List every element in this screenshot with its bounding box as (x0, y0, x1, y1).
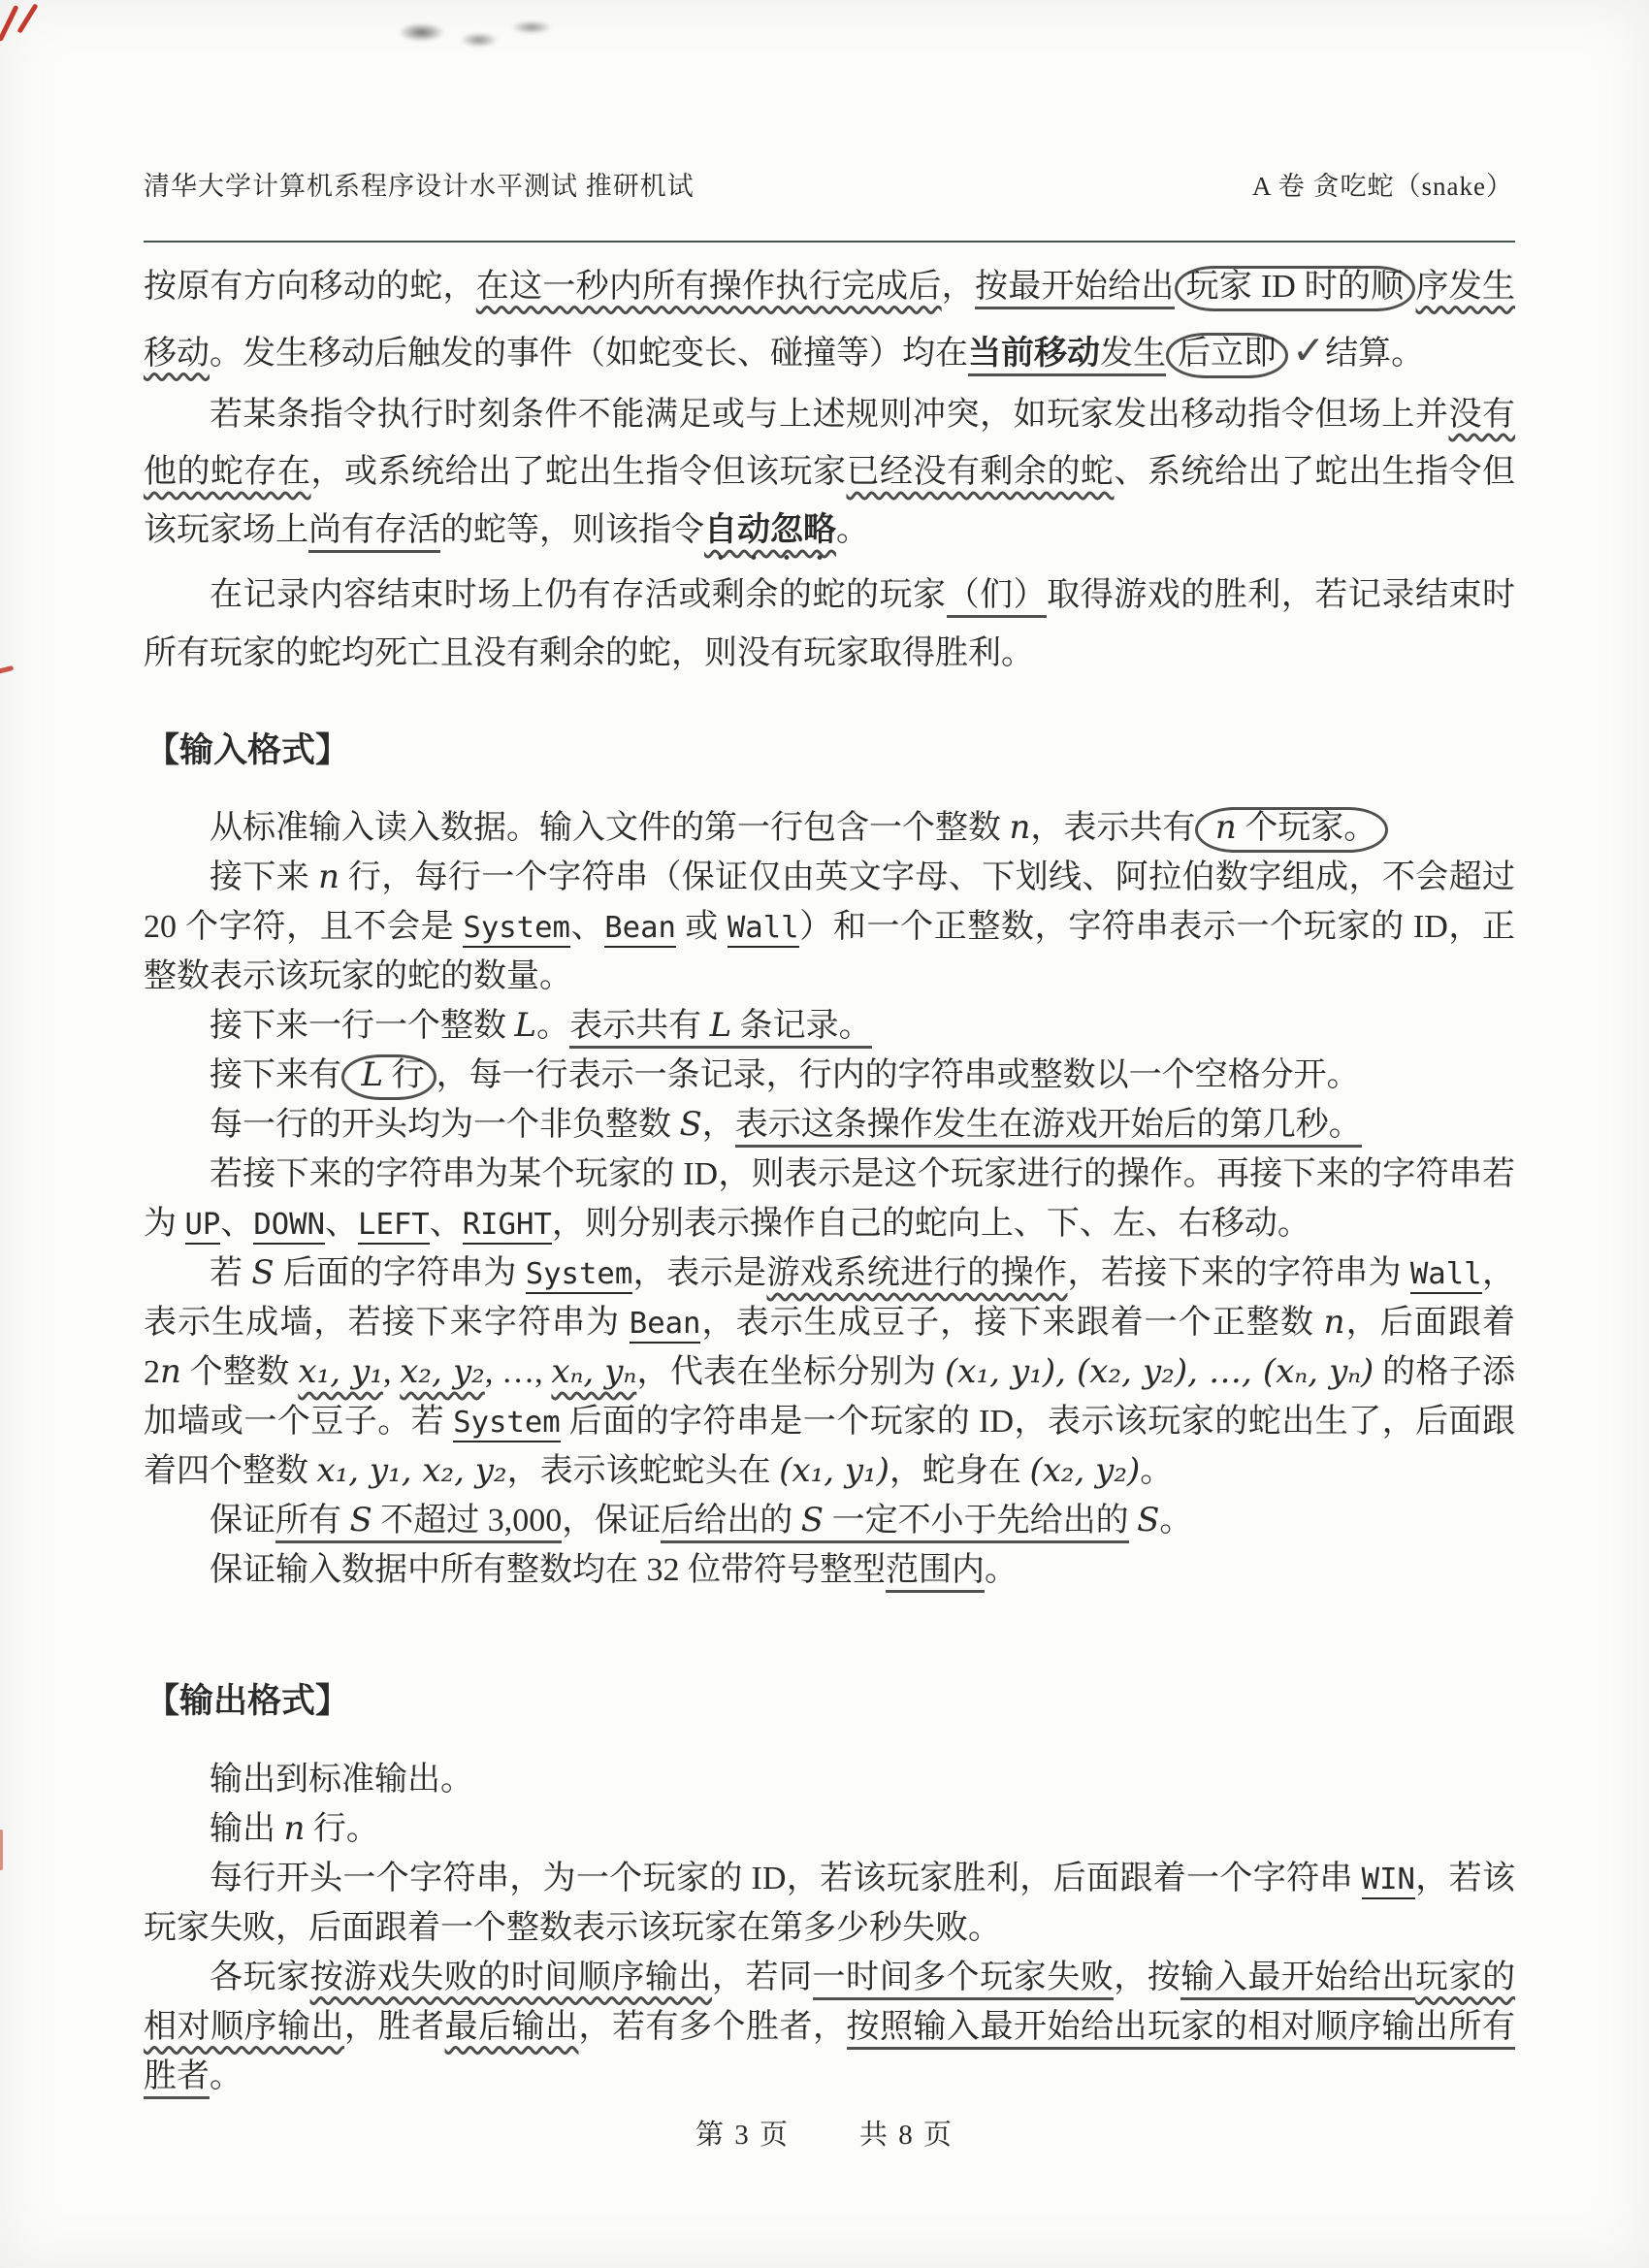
header-rule (144, 241, 1515, 243)
footer-total-pages: 共 8 页 (859, 2120, 954, 2151)
math-variable: L (515, 1006, 537, 1045)
hand-underline-annotation: 表示这条操作发生在游戏开始后的第几秒。 (735, 1107, 1362, 1148)
bold-emphasis: 当前移动 (968, 335, 1100, 376)
code-token: System (453, 1406, 561, 1442)
hand-circle-annotation: 玩家 ID 时的顺 (1175, 266, 1416, 311)
check-mark: ✓ (1292, 327, 1325, 373)
math-variable: (x₂, y₂) (1029, 1451, 1140, 1490)
hand-underline-annotation: 按最开始给出 (975, 269, 1175, 309)
page-header: 清华大学计算机系程序设计水平测试 推研机试 A 卷 贪吃蛇（snake） (144, 165, 1513, 203)
code-token: DOWN (253, 1208, 325, 1245)
math-variable: L (710, 1006, 732, 1045)
paragraph: 保证输入数据中所有整数均在 32 位带符号整型范围内。 (144, 1545, 1515, 1595)
hand-wavy-underline: 在这一秒内所有操作执行完成后 (476, 269, 942, 305)
hand-wavy-underline: 游戏系统进行的操作 (766, 1255, 1067, 1291)
paragraph: 接下来 n 行，每行一个字符串（保证仅由英文字母、下划线、阿拉伯数字组成，不会超… (144, 853, 1515, 1001)
math-variable: S (251, 1253, 274, 1292)
page-footer: 第 3 页共 8 页 (0, 2113, 1649, 2153)
scan-smudge (383, 10, 558, 60)
header-right-title: A 卷 贪吃蛇（snake） (1252, 165, 1513, 203)
math-variable: x₂, y₂ (400, 1352, 485, 1391)
document-body: 按原有方向移动的蛇，在这一秒内所有操作执行完成后，按最开始给出玩家 ID 时的顺… (144, 258, 1515, 2101)
paragraph: 按原有方向移动的蛇，在这一秒内所有操作执行完成后，按最开始给出玩家 ID 时的顺… (144, 258, 1515, 386)
hand-circle-annotation: 后立即 (1166, 333, 1288, 378)
hand-wavy-underline: 没有他的蛇存在 (144, 397, 1515, 491)
hand-underline-annotation: 发生 (1100, 336, 1166, 376)
math-variable: (x₁, y₁) (779, 1451, 889, 1490)
paragraph: 接下来一行一个整数 L。表示共有 L 条记录。 (144, 1001, 1515, 1051)
paragraph: 从标准输入读入数据。输入文件的第一行包含一个整数 n，表示共有 n 个玩家。 (144, 803, 1515, 853)
math-variable: n (1324, 1303, 1345, 1342)
red-pen-mark (0, 5, 19, 42)
hand-underline-annotation: 按照输入最开始给出玩家的相对顺序输出所有胜者 (144, 2009, 1515, 2099)
math-variable: S (801, 1501, 824, 1539)
section-heading: 【输入格式】 (145, 726, 1515, 777)
code-token: Wall (1410, 1257, 1482, 1294)
bold-emphasis: 自动忽略 (704, 511, 836, 548)
math-variable: S (680, 1105, 702, 1144)
hand-underline-annotation: 输入最开始给出 (1180, 1960, 1415, 2000)
math-variable: xₙ, yₙ (551, 1352, 636, 1391)
math-variable: S (350, 1501, 372, 1539)
math-variable: x₁, y₁ (298, 1352, 383, 1391)
math-variable: n (1010, 808, 1031, 847)
hand-wavy-underline: 按游戏失败的时间顺序输出 (310, 1960, 712, 1995)
math-variable: (x₁, y₁), (x₂, y₂), …, (xₙ, yₙ) (945, 1352, 1374, 1391)
hand-underline-annotation: 后给出的 S 一定不小于先给出的 (661, 1503, 1128, 1543)
hand-wavy-underline: 最后输出 (445, 2009, 579, 2045)
hand-underline-annotation: 尚有存活 (308, 512, 440, 553)
code-token: Wall (727, 911, 799, 948)
red-pen-mark (0, 665, 14, 674)
math-variable: x₁, y₁, x₂, y₂ (317, 1451, 507, 1490)
math-variable: S (1137, 1501, 1159, 1539)
paragraph: 输出到标准输出。 (144, 1755, 1515, 1804)
scanned-document-page: 清华大学计算机系程序设计水平测试 推研机试 A 卷 贪吃蛇（snake） 按原有… (0, 0, 1649, 2268)
code-token: UP (185, 1208, 221, 1245)
paragraph: 在记录内容结束时场上仍有存活或剩余的蛇的玩家（们）取得游戏的胜利，若记录结束时所… (144, 567, 1515, 683)
section-heading: 【输出格式】 (145, 1676, 1515, 1728)
hand-underline-annotation: 范围内 (886, 1552, 985, 1593)
code-token: RIGHT (463, 1208, 552, 1245)
paragraph: 保证所有 S 不超过 3,000，保证后给出的 S 一定不小于先给出的 S。 (144, 1496, 1515, 1545)
hand-underline-annotation: 一时间多个玩家失败 (813, 1960, 1115, 2000)
red-pen-mark (16, 3, 38, 33)
paragraph: 若某条指令执行时刻条件不能满足或与上述规则冲突，如玩家发出移动指令但场上并没有他… (144, 386, 1515, 567)
code-token: System (463, 911, 570, 948)
hand-circle-annotation: n 个玩家。 (1195, 807, 1388, 853)
footer-page-number: 第 3 页 (695, 2120, 790, 2151)
paragraph: 每一行的开头均为一个非负整数 S，表示这条操作发生在游戏开始后的第几秒。 (144, 1100, 1515, 1150)
hand-underline-annotation: （们） (947, 577, 1048, 618)
hand-circle-annotation: L 行 (341, 1054, 436, 1100)
paragraph: 若接下来的字符串为某个玩家的 ID，则表示是这个玩家进行的操作。再接下来的字符串… (144, 1150, 1515, 1248)
paragraph: 输出 n 行。 (144, 1804, 1515, 1854)
red-pen-mark (0, 1830, 3, 1870)
paragraph: 接下来有 L 行，每一行表示一条记录，行内的字符串或整数以一个空格分开。 (144, 1051, 1515, 1100)
paragraph: 每行开头一个字符串，为一个玩家的 ID，若该玩家胜利，后面跟着一个字符串 WIN… (144, 1854, 1515, 1953)
math-variable: n (1215, 808, 1237, 847)
hand-underline-annotation: 表示共有 L 条记录。 (569, 1008, 872, 1049)
hand-underline-annotation: 所有 S 不超过 3,000 (275, 1503, 562, 1543)
paragraph: 各玩家按游戏失败的时间顺序输出，若同一时间多个玩家失败，按输入最开始给出玩家的相… (144, 1953, 1515, 2101)
code-token: Bean (630, 1307, 701, 1344)
math-variable: L (362, 1055, 384, 1094)
math-variable: n (318, 858, 339, 896)
code-token: System (526, 1257, 633, 1294)
paragraph: 若 S 后面的字符串为 System，表示是游戏系统进行的操作，若接下来的字符串… (144, 1248, 1515, 1496)
code-token: Bean (604, 911, 676, 948)
hand-wavy-underline: 已经没有剩余的蛇 (847, 454, 1115, 490)
code-token: WIN (1362, 1863, 1415, 1899)
math-variable: n (284, 1809, 306, 1848)
math-variable: n (160, 1352, 181, 1391)
code-token: LEFT (358, 1208, 430, 1245)
header-left-title: 清华大学计算机系程序设计水平测试 推研机试 (144, 165, 695, 203)
